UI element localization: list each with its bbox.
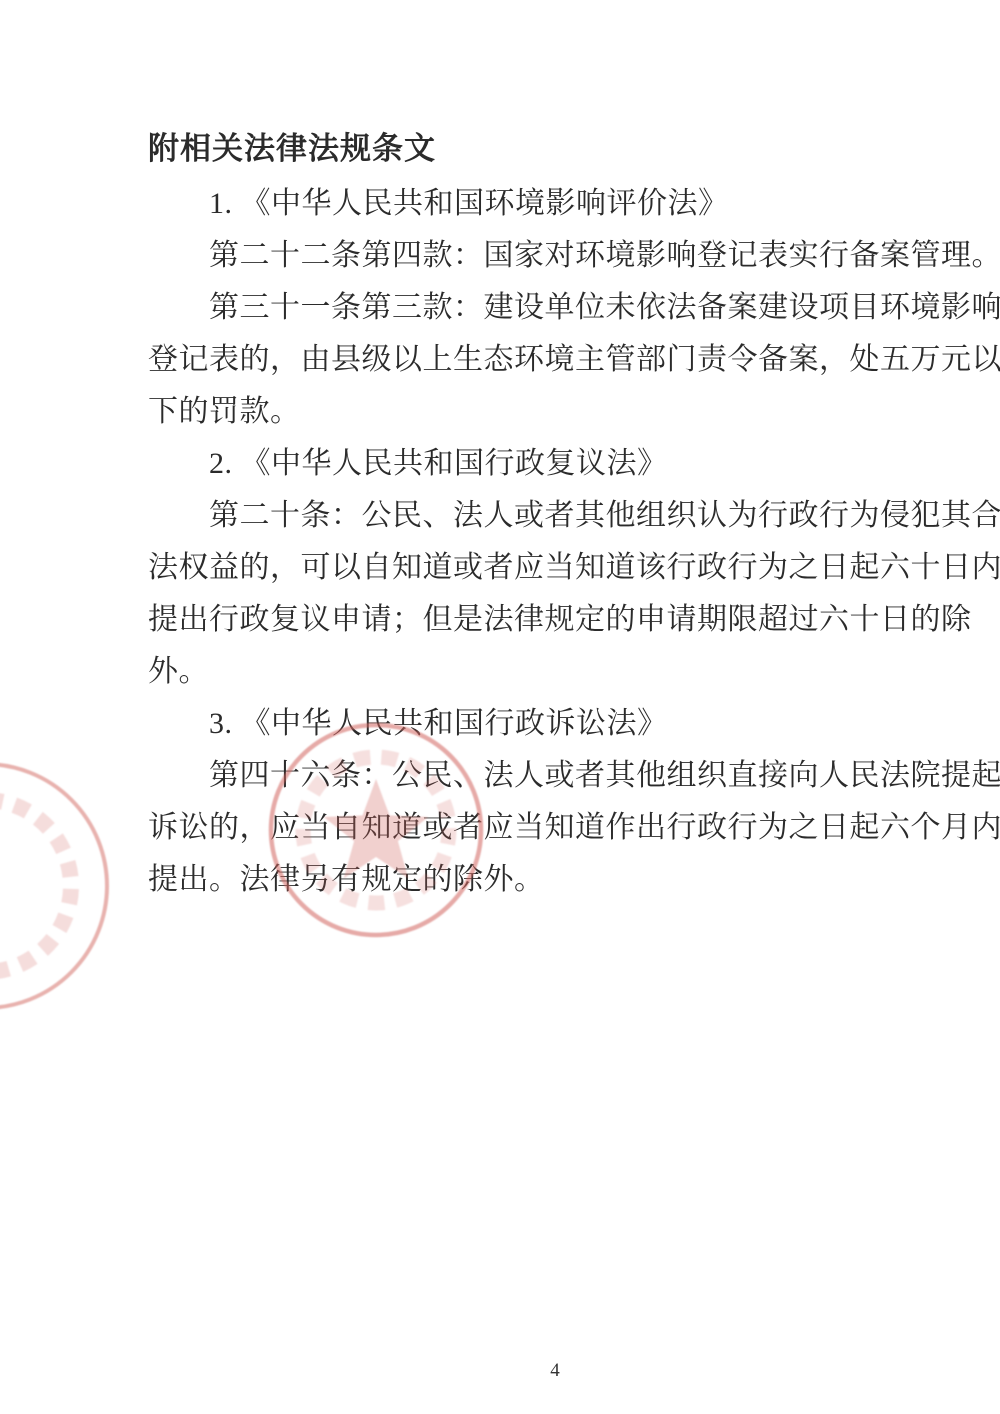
body-line: 3. 《中华人民共和国行政诉讼法》 [148,698,962,750]
page-number: 4 [148,1360,962,1382]
body-line: 提出行政复议申请；但是法律规定的申请期限超过六十日的除 [148,594,962,646]
body-line: 第三十一条第三款：建设单位未依法备案建设项目环境影响 [148,282,962,334]
body-line: 2. 《中华人民共和国行政复议法》 [148,438,962,490]
body-line: 登记表的，由县级以上生态环境主管部门责令备案，处五万元以 [148,334,962,386]
body-line: 诉讼的，应当自知道或者应当知道作出行政行为之日起六个月内 [148,802,962,854]
body-line: 下的罚款。 [148,386,962,438]
body-line: 第四十六条：公民、法人或者其他组织直接向人民法院提起 [148,750,962,802]
body-line: 第二十二条第四款：国家对环境影响登记表实行备案管理。 [148,230,962,282]
body-line: 第二十条：公民、法人或者其他组织认为行政行为侵犯其合 [148,490,962,542]
document-page: 附相关法律法规条文 1. 《中华人民共和国环境影响评价法》 第二十二条第四款：国… [0,0,1000,1414]
document-body: 附相关法律法规条文 1. 《中华人民共和国环境影响评价法》 第二十二条第四款：国… [148,120,962,906]
official-stamp-partial [0,744,130,1034]
seal-ring [0,764,107,1008]
body-line: 提出。法律另有规定的除外。 [148,854,962,906]
body-line: 外。 [148,646,962,698]
document-heading: 附相关法律法规条文 [148,120,962,178]
seal-text-arc [0,776,95,996]
body-line: 1. 《中华人民共和国环境影响评价法》 [148,178,962,230]
body-line: 法权益的，可以自知道或者应当知道该行政行为之日起六十日内 [148,542,962,594]
